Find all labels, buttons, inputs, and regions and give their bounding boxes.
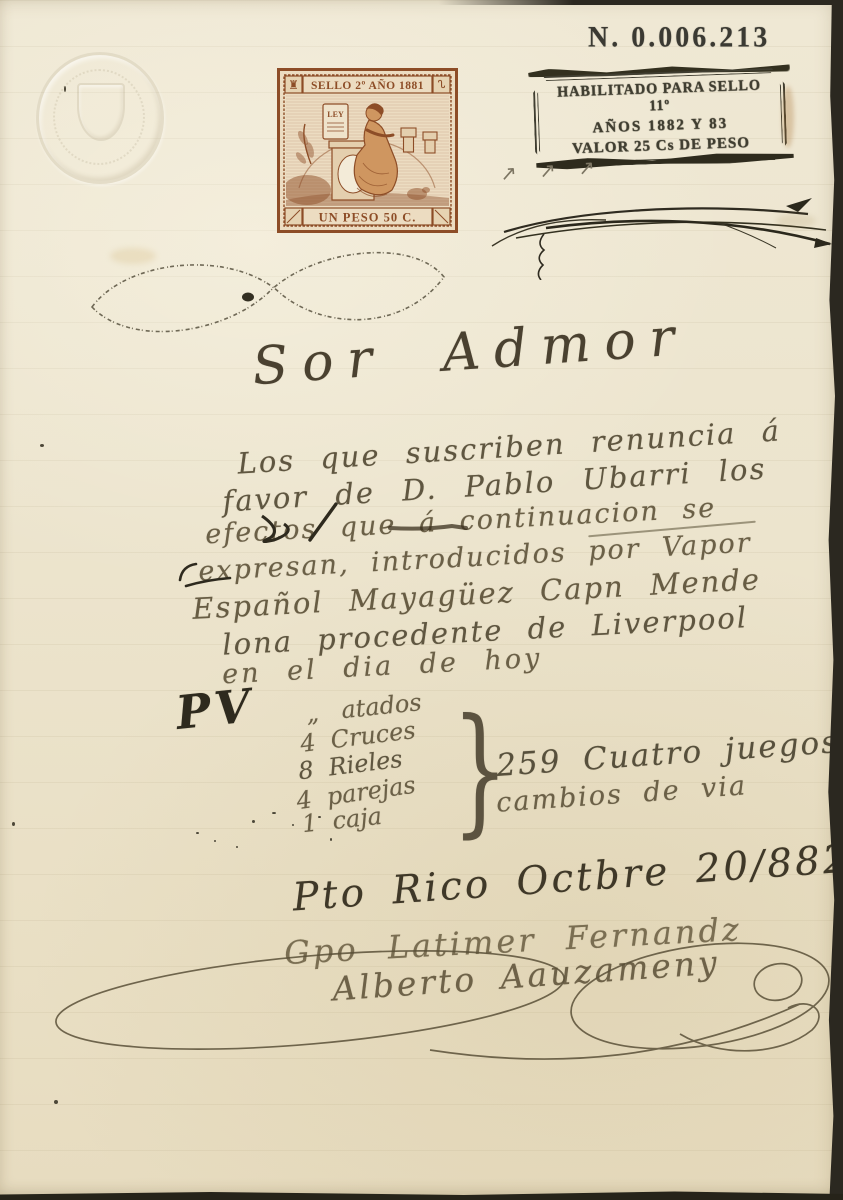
lion-icon: ᔐ	[438, 79, 446, 91]
embossed-seal	[36, 52, 164, 184]
ink-speck	[330, 838, 332, 841]
document-page: N. 0.006.213 ♜ ᔐ SELLO 2º AÑO 1881 UN PE…	[0, 0, 843, 1200]
revenue-stamp-image: ♜ ᔐ SELLO 2º AÑO 1881 UN PESO 50 C.	[277, 68, 458, 233]
scan-edge-right	[827, 0, 843, 1200]
stamp-denomination-text: UN PESO 50 C.	[319, 211, 417, 225]
stain-faint	[110, 248, 156, 264]
castle-icon: ♜	[288, 78, 299, 92]
stamp-vignette: LEY	[283, 95, 449, 206]
pen-margin-hook	[176, 556, 236, 590]
handstamp-line1: HABILITADO PARA SELLO 11º	[545, 77, 774, 119]
stamp-header-text: SELLO 2º AÑO 1881	[311, 78, 424, 92]
manifest-qty: 1	[301, 809, 319, 838]
pen-correction-stroke	[240, 498, 470, 548]
habilitado-handstamp: HABILITADO PARA SELLO 11º AÑOS 1882 Y 83…	[532, 68, 787, 169]
paper-speck	[64, 86, 66, 92]
scan-edge-bottom	[0, 1190, 843, 1200]
scan-edge-top	[0, 0, 843, 5]
ink-speck	[272, 812, 276, 814]
pen-flourish-right	[486, 188, 838, 280]
stamp-ley-text: LEY	[327, 110, 344, 119]
ink-speck	[292, 824, 294, 826]
paper-speck	[40, 444, 44, 447]
paper-speck	[12, 822, 15, 826]
manifest-item: caja	[331, 802, 383, 835]
signature-flourish	[40, 938, 840, 1078]
stain-faint	[776, 214, 816, 228]
ink-speck	[318, 816, 321, 818]
pen-arrow-marks: ↗ ↗ ↗	[499, 154, 603, 185]
revenue-stamp: ♜ ᔐ SELLO 2º AÑO 1881 UN PESO 50 C.	[277, 68, 458, 233]
serial-number: N. 0.006.213	[588, 21, 770, 55]
manifest-heading: PV	[173, 678, 256, 740]
manifest-qty: „	[305, 699, 320, 728]
ink-speck	[252, 820, 255, 823]
ink-speck	[214, 840, 216, 842]
manifest-qty: 4	[299, 728, 318, 758]
date-line: Pto Rico Octbre 20/882	[291, 837, 843, 921]
manifest-qty: 8	[297, 756, 316, 786]
stain-right-edge	[782, 86, 794, 148]
paper-speck	[54, 1100, 58, 1104]
ink-speck	[236, 846, 238, 848]
ink-speck	[196, 832, 199, 834]
